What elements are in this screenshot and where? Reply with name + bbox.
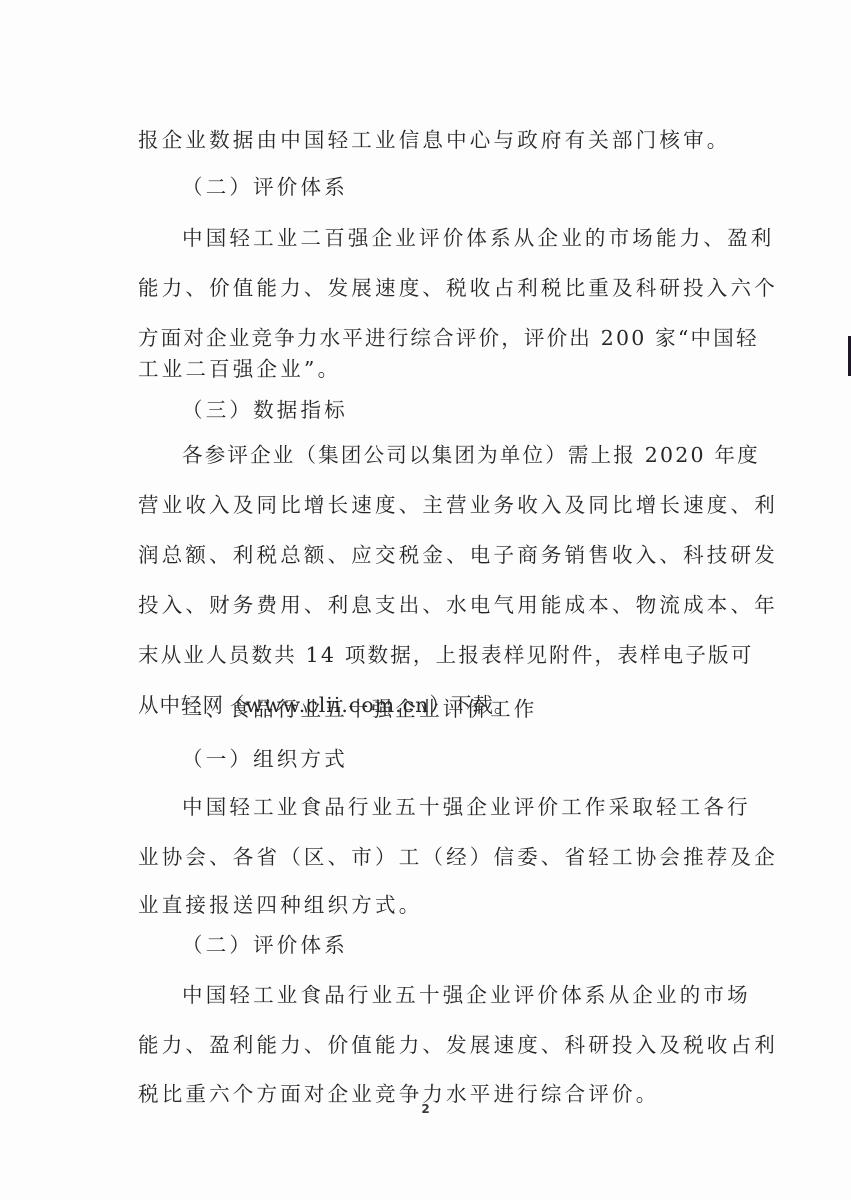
section-subheading-evaluation-system: （二）评价体系 bbox=[182, 172, 738, 202]
section-subheading-organization: （一）组织方式 bbox=[182, 744, 738, 774]
paragraph-line: 营业收入及同比增长速度、主营业务收入及同比增长速度、利 bbox=[138, 490, 738, 520]
paragraph-line: 中国轻工业食品行业五十强企业评价体系从企业的市场 bbox=[182, 980, 738, 1010]
document-page: 报企业数据由中国轻工业信息中心与政府有关部门核审。 （二）评价体系 中国轻工业二… bbox=[0, 0, 851, 1200]
paragraph-line: 方面对企业竞争力水平进行综合评价，评价出 200 家“中国轻 bbox=[138, 323, 738, 353]
paragraph-line: 中国轻工业二百强企业评价体系从企业的市场能力、盈利 bbox=[182, 223, 738, 253]
paragraph-line: 中国轻工业食品行业五十强企业评价工作采取轻工各行 bbox=[182, 792, 738, 822]
paragraph-line: 能力、盈利能力、价值能力、发展速度、科研投入及税收占利 bbox=[138, 1030, 738, 1060]
paragraph-line: 业协会、各省（区、市）工（经）信委、省轻工协会推荐及企 bbox=[138, 842, 738, 872]
paragraph-line: 各参评企业（集团公司以集团为单位）需上报 2020 年度 bbox=[182, 440, 738, 470]
paragraph-line: 报企业数据由中国轻工业信息中心与政府有关部门核审。 bbox=[138, 125, 738, 155]
paragraph-line: 能力、价值能力、发展速度、税收占利税比重及科研投入六个 bbox=[138, 273, 738, 303]
paragraph-line: 工业二百强企业”。 bbox=[138, 354, 738, 384]
section-subheading-evaluation-system-food: （二）评价体系 bbox=[182, 930, 738, 960]
section-subheading-data-indicators: （三）数据指标 bbox=[182, 395, 738, 425]
page-number: 2 bbox=[0, 1102, 851, 1116]
section-heading-food-industry: 二、食品行业五十强企业评价工作 bbox=[182, 694, 738, 724]
paragraph-line: 投入、财务费用、利息支出、水电气用能成本、物流成本、年 bbox=[138, 590, 738, 620]
paragraph-line: 业直接报送四种组织方式。 bbox=[138, 890, 738, 920]
paragraph-line: 末从业人员数共 14 项数据，上报表样见附件，表样电子版可 bbox=[138, 640, 738, 670]
paragraph-line: 润总额、利税总额、应交税金、电子商务销售收入、科技研发 bbox=[138, 540, 738, 570]
